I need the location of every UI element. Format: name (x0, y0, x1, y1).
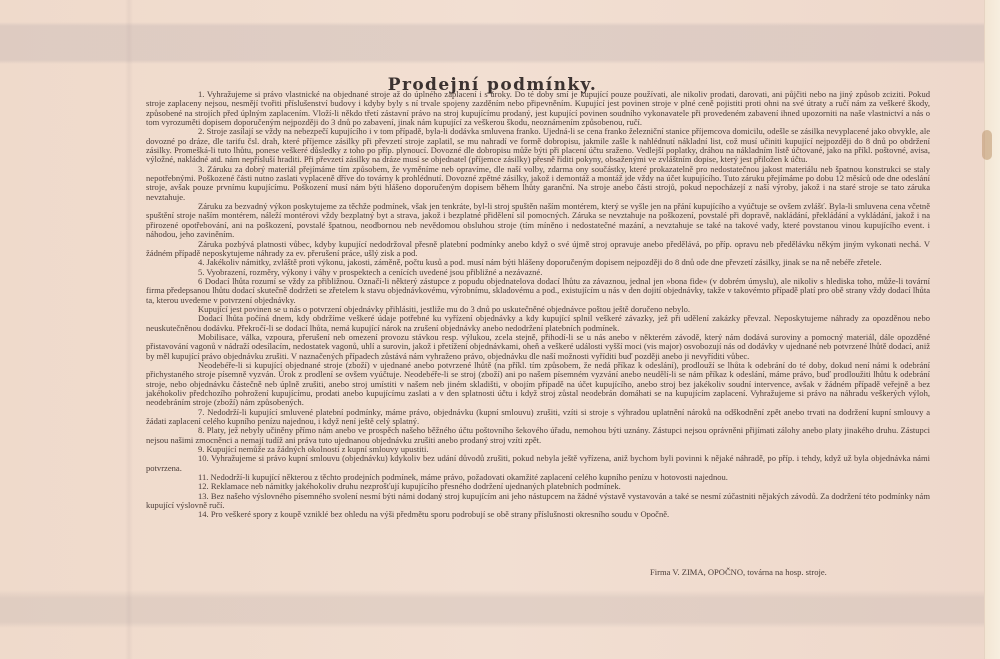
paragraph-10-cancellation: 10. Vyhražujeme si právo kupní smlouvu (… (146, 454, 930, 473)
paper-fold-shadow (125, 0, 133, 659)
paragraph-6-delivery-start: Dodací lhůta počíná dnem, kdy obdržíme v… (146, 314, 930, 333)
paper-edge (984, 0, 1000, 659)
paragraph-6-non-collection: Neodebéře-li si kupující objednané stroj… (146, 361, 930, 408)
paragraph-14-jurisdiction: 14. Pro veškeré spory z koupě vzniklé be… (146, 510, 930, 519)
paragraph-13-exhibitions: 13. Bez našeho výslovného písemného svol… (146, 492, 930, 511)
company-signature: Firma V. ZIMA, OPOČNO, továrna na hosp. … (650, 567, 827, 577)
paragraph-3-performance-warranty: Záruku za bezvadný výkon poskytujeme za … (146, 202, 930, 239)
paragraph-7-payment-default: 7. Nedodrží-li kupující smluvené platebn… (146, 408, 930, 427)
paragraph-8-payments: 8. Platy, jež nebyly učiněny přímo nám a… (146, 426, 930, 445)
paragraph-2-shipping: 2. Stroje zasílají se vždy na nebezpečí … (146, 127, 930, 164)
paragraph-3-warranty: 3. Záruku za dobrý materiál přejímáme tí… (146, 165, 930, 202)
paper-stain (982, 130, 992, 160)
paragraph-6-delivery-time: 6 Dodací lhůta rozumí se vždy za přibliž… (146, 277, 930, 305)
terms-body: 1. Vyhražujeme si právo vlastnické na ob… (146, 90, 930, 520)
paragraph-1-ownership: 1. Vyhražujeme si právo vlastnické na ob… (146, 90, 930, 127)
paragraph-3-warranty-void: Záruka pozbývá platnosti vůbec, kdyby ku… (146, 240, 930, 259)
paragraph-6-force-majeure: Mobilisace, válka, vzpoura, přerušení ne… (146, 333, 930, 361)
